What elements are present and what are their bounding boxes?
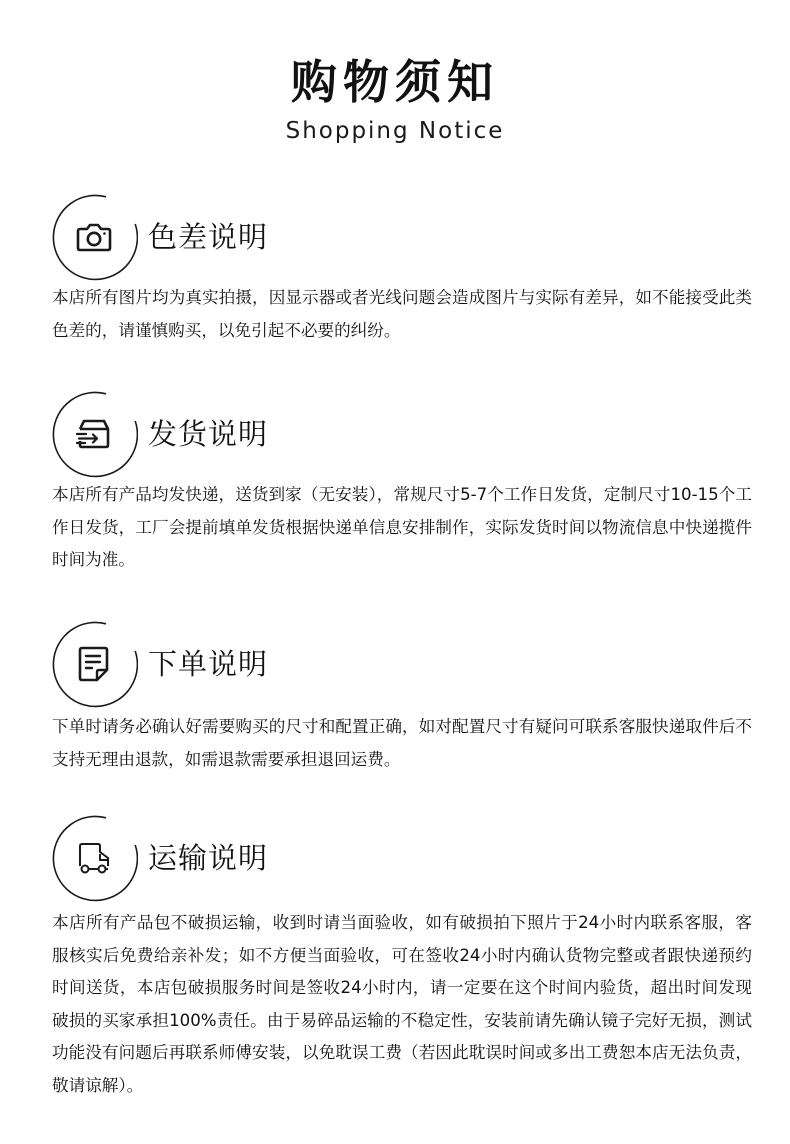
section-heading: 发货说明 — [50, 390, 450, 478]
order-document-icon — [74, 644, 114, 684]
section-text: 本店所有产品均发快递，送货到家（无安装），常规尺寸5-7个工作日发货，定制尺寸1… — [52, 479, 752, 577]
section-title: 下单说明 — [148, 642, 268, 686]
section-heading: 色差说明 — [50, 193, 450, 281]
page-title: 购物须知 — [0, 52, 790, 112]
truck-icon — [74, 838, 114, 878]
section-heading: 运输说明 — [50, 814, 450, 902]
section-title: 发货说明 — [148, 412, 268, 456]
section-text: 本店所有产品包不破损运输，收到时请当面验收，如有破损拍下照片于24小时内联系客服… — [52, 907, 752, 1102]
page-header: 购物须知 Shopping Notice — [0, 52, 790, 146]
section-text: 下单时请务必确认好需要购买的尺寸和配置正确，如对配置尺寸有疑问可联系客服快递取件… — [52, 711, 752, 776]
section-text: 本店所有图片均为真实拍摄，因显示器或者光线问题会造成图片与实际有差异，如不能接受… — [52, 282, 752, 347]
camera-icon — [74, 217, 114, 257]
section-title: 色差说明 — [148, 215, 268, 259]
section-heading: 下单说明 — [50, 620, 450, 708]
delivery-box-icon — [74, 414, 114, 454]
page-subtitle: Shopping Notice — [0, 116, 790, 146]
section-title: 运输说明 — [148, 836, 268, 880]
